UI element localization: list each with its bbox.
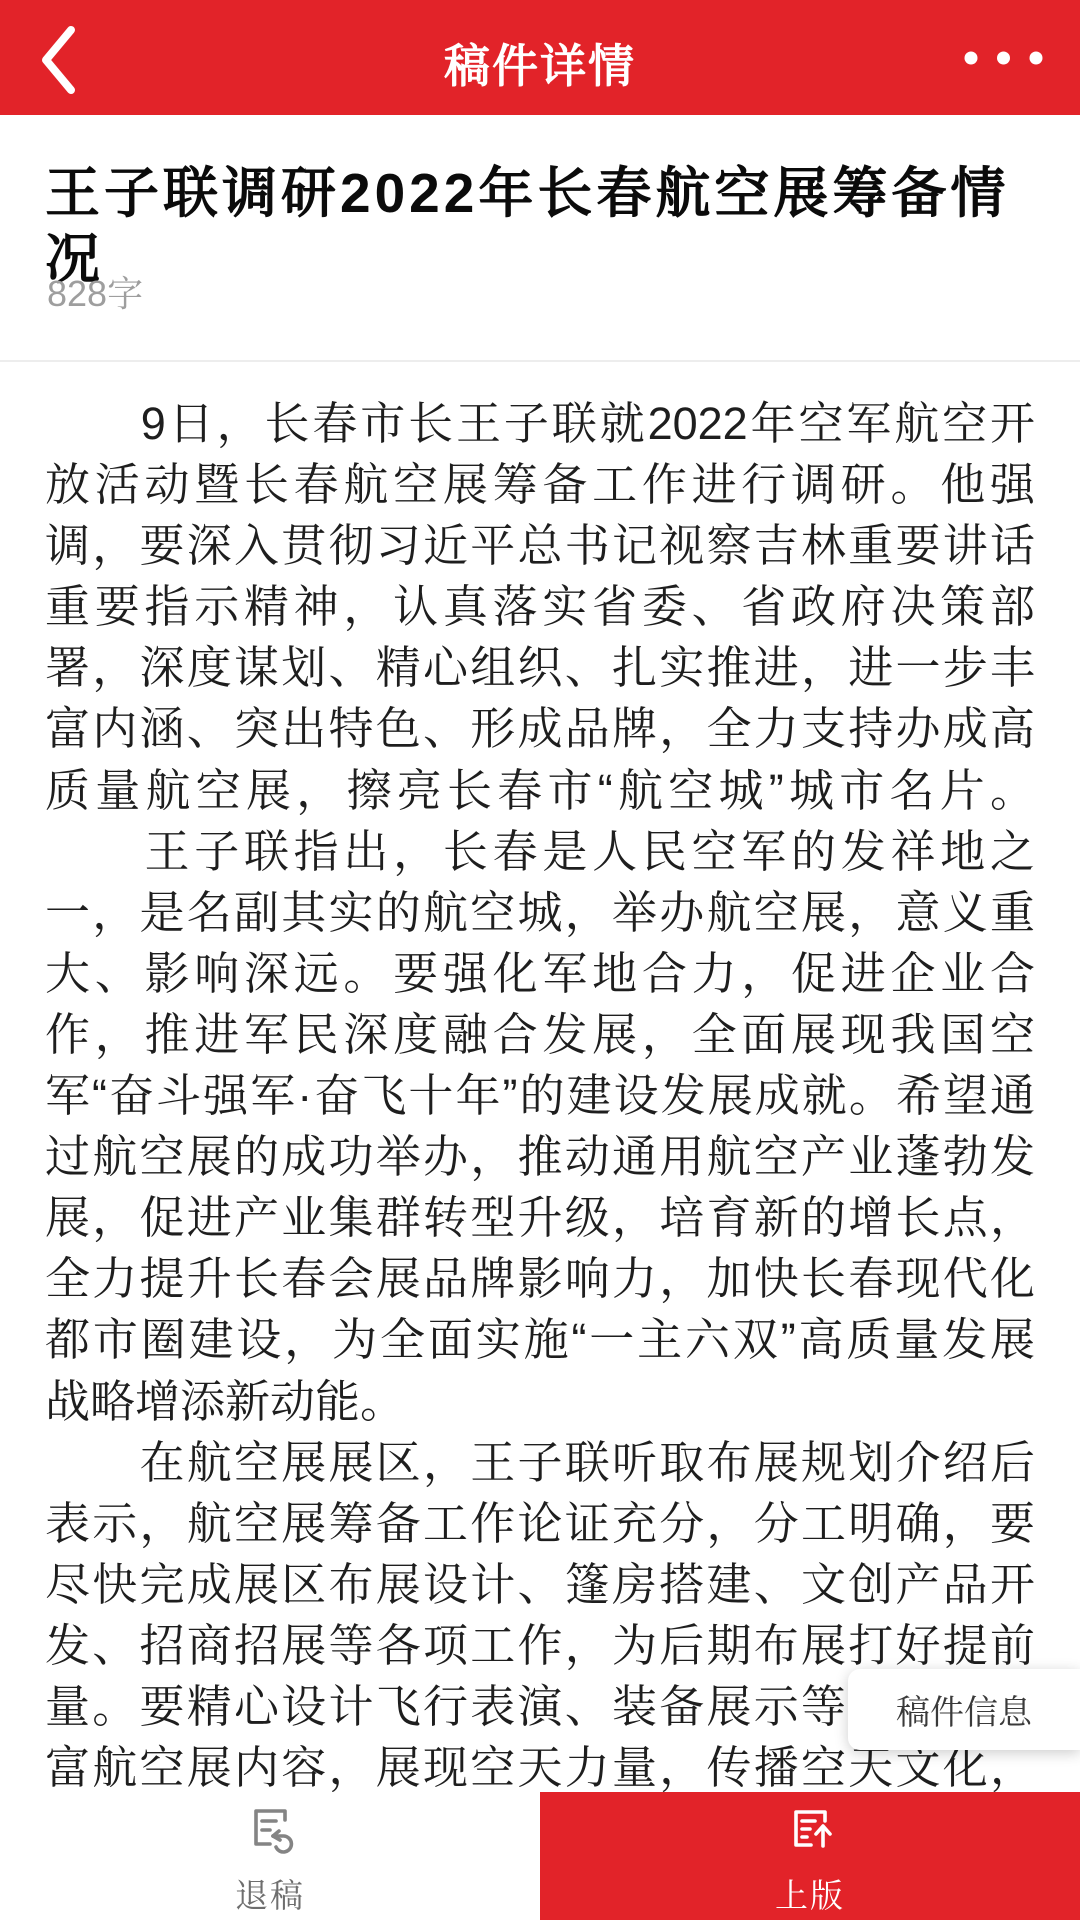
divider	[0, 360, 1080, 362]
body-line: 在航空展展区，王子联听取布展规划介绍后	[45, 1432, 1035, 1493]
body-line: 富内涵、突出特色、形成品牌，全力支持办成高	[45, 698, 1035, 759]
word-count: 828字	[47, 266, 143, 317]
body-line: 放活动暨长春航空展筹备工作进行调研。他强	[45, 454, 1035, 515]
body-line: 重要指示精神，认真落实省委、省政府决策部	[45, 576, 1035, 637]
publish-label: 上版	[775, 1870, 845, 1917]
manuscript-info-label: 稿件信息	[896, 1685, 1032, 1734]
app-header: 稿件详情	[0, 0, 1080, 115]
page-title: 稿件详情	[0, 30, 1080, 96]
manuscript-detail-screen: 稿件详情 王子联调研2022年长春航空展筹备情况 828字 9日，长春市长王子联…	[0, 0, 1080, 1920]
reject-label: 退稿	[235, 1870, 305, 1917]
body-line: 发、招商招展等各项工作，为后期布展打好提前	[45, 1615, 1035, 1676]
body-line: 调，要深入贯彻习近平总书记视察吉林重要讲话	[45, 515, 1035, 576]
manuscript-info-button[interactable]: 稿件信息	[848, 1669, 1080, 1750]
ellipsis-icon	[958, 43, 1050, 73]
body-line: 表示，航空展筹备工作论证充分，分工明确，要	[45, 1493, 1035, 1554]
article-body: 9日，长春市长王子联就2022年空军航空开放活动暨长春航空展筹备工作进行调研。他…	[45, 393, 1035, 1798]
doc-upload-icon	[783, 1800, 837, 1854]
body-line: 展，促进产业集群转型升级，培育新的增长点，	[45, 1187, 1035, 1248]
body-line: 作，推进军民深度融合发展，全面展现我国空	[45, 1004, 1035, 1065]
publish-button[interactable]: 上版	[540, 1792, 1080, 1920]
body-line: 王子联指出，长春是人民空军的发祥地之	[45, 821, 1035, 882]
body-line: 全力提升长春会展品牌影响力，加快长春现代化	[45, 1248, 1035, 1309]
body-line: 军“奋斗强军·奋飞十年”的建设发展成就。希望通	[45, 1065, 1035, 1126]
doc-return-icon	[243, 1800, 297, 1854]
article-title: 王子联调研2022年长春航空展筹备情况	[45, 160, 1040, 292]
body-line: 都市圈建设，为全面实施“一主六双”高质量发展	[45, 1309, 1035, 1370]
body-line: 尽快完成展区布展设计、篷房搭建、文创产品开	[45, 1554, 1035, 1615]
body-line: 大、影响深远。要强化军地合力，促进企业合	[45, 943, 1035, 1004]
body-line: 战略增添新动能。	[45, 1371, 1035, 1432]
more-menu-button[interactable]	[950, 30, 1050, 85]
body-line: 一，是名副其实的航空城，举办航空展，意义重	[45, 882, 1035, 943]
reject-button[interactable]: 退稿	[0, 1792, 540, 1920]
body-line: 署，深度谋划、精心组织、扎实推进，进一步丰	[45, 637, 1035, 698]
body-line: 质量航空展，擦亮长春市“航空城”城市名片。	[45, 760, 1035, 821]
body-line: 过航空展的成功举办，推动通用航空产业蓬勃发	[45, 1126, 1035, 1187]
body-line: 9日，长春市长王子联就2022年空军航空开	[45, 393, 1035, 454]
bottom-toolbar: 退稿 上版	[0, 1792, 1080, 1920]
